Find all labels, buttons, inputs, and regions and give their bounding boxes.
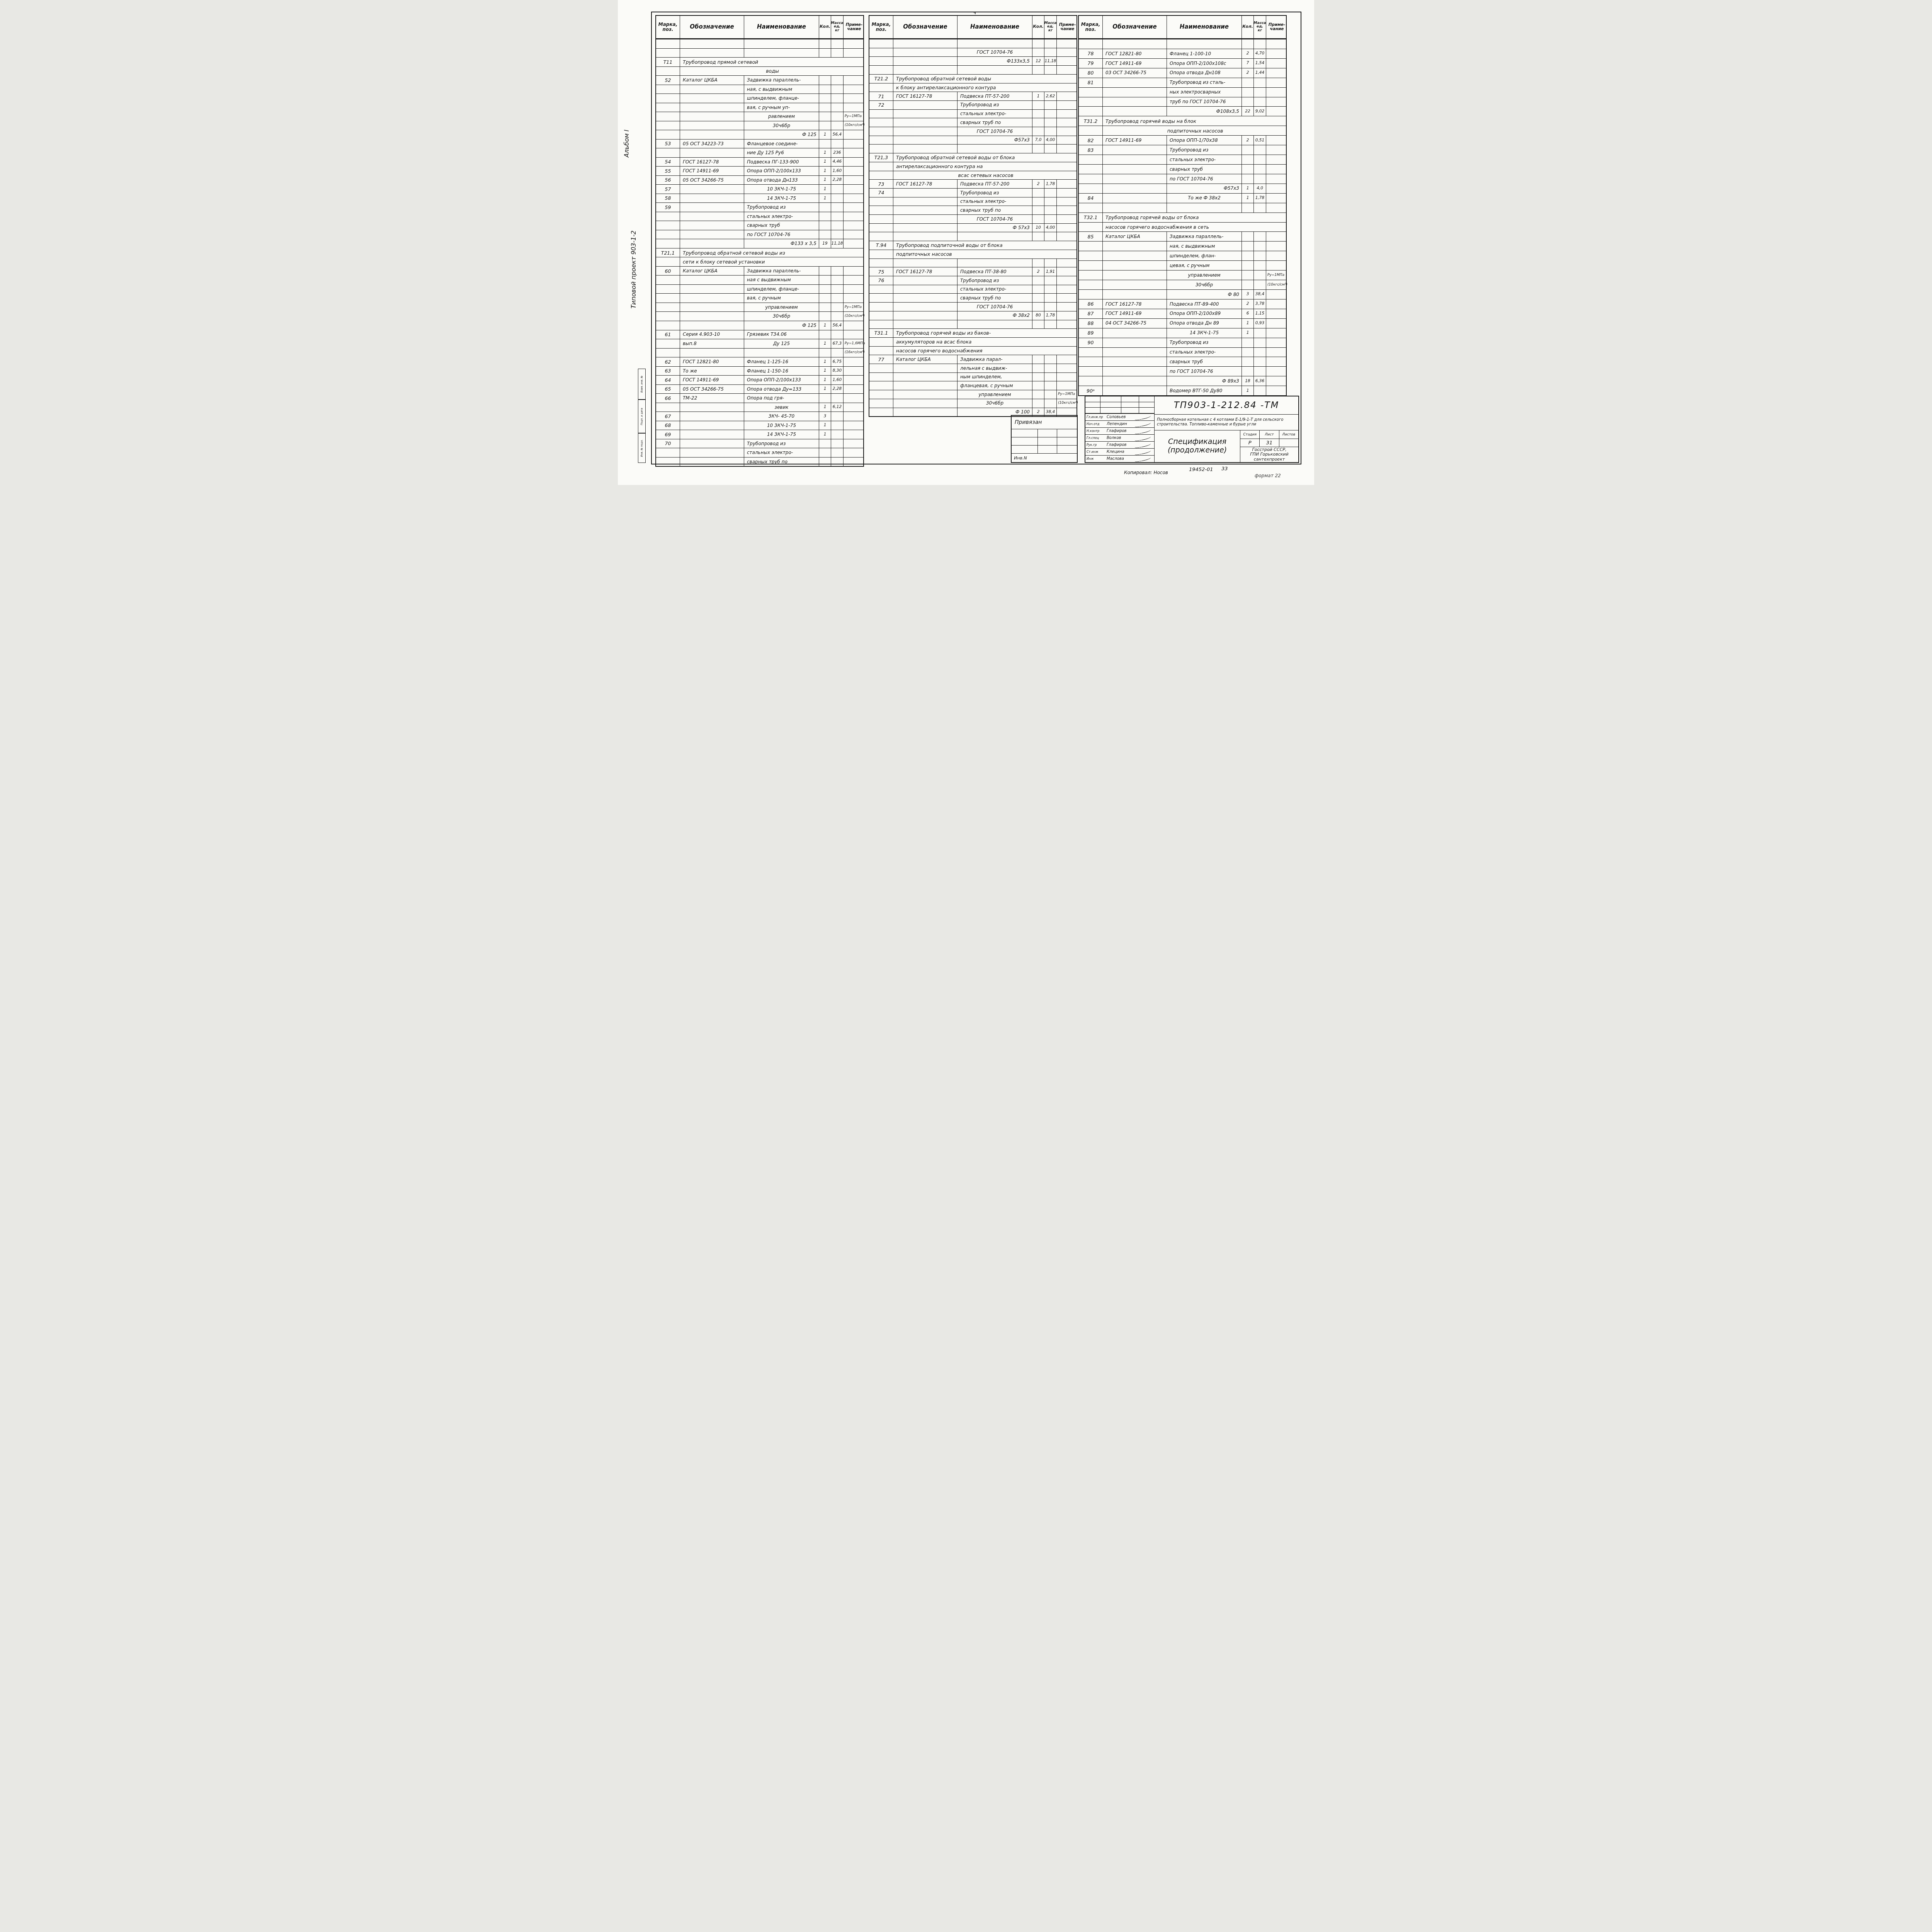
spec-cell <box>1242 88 1254 97</box>
table-row <box>869 145 1077 153</box>
spec-cell <box>1079 155 1103 164</box>
spec-cell <box>844 185 865 194</box>
spec-cell: 1,78 <box>1044 180 1057 188</box>
table-row: 30ч6бр(10кгс/см²) <box>656 312 863 321</box>
attachment-grid <box>1012 429 1077 454</box>
spec-cell: 2 <box>1242 68 1254 78</box>
spec-cell: 1 <box>819 167 831 175</box>
spec-cell <box>1044 66 1057 74</box>
spec-cell <box>1044 294 1057 302</box>
table-row: шпинделем, фланце- <box>656 94 863 103</box>
registration-mark: ч <box>973 10 976 15</box>
spec-cell <box>1032 145 1044 153</box>
spec-cell <box>680 121 744 130</box>
spec-cell <box>1266 241 1287 251</box>
spec-cell <box>1079 107 1103 116</box>
spec-cell: 85 <box>1079 232 1103 241</box>
spec-cell: 14 3КЧ-1-75 <box>744 194 819 203</box>
spec-cell <box>819 457 831 466</box>
table-row: 62ГОСТ 12821-80Фланец 1-125-1616,75 <box>656 357 863 367</box>
signature-name: Маслова <box>1107 457 1134 461</box>
spec-cell: Наименование <box>744 16 819 38</box>
table-row: сварных труб <box>1079 165 1286 174</box>
spec-cell <box>1044 215 1057 223</box>
spec-cell: Ф 89х3 <box>1167 376 1242 386</box>
spec-cell <box>893 259 957 267</box>
spec-cell <box>1079 367 1103 376</box>
spec-cell: шпинделем, фланце- <box>744 94 819 103</box>
spec-cell: 11,18 <box>831 239 844 248</box>
attachment-grid-cell <box>1057 437 1077 446</box>
spec-cell <box>869 224 893 232</box>
spec-cell <box>680 312 744 321</box>
spec-cell <box>1242 270 1254 280</box>
spec-cell <box>1079 39 1103 49</box>
spec-cell <box>893 311 957 320</box>
table-row: равлениемРу=1МПа <box>656 112 863 121</box>
spec-cell: 78 <box>1079 49 1103 58</box>
spec-cell: Трубопровод из <box>1167 338 1242 347</box>
spec-cell <box>893 145 957 153</box>
table-row: Ф 125156,4 <box>656 321 863 330</box>
table-row <box>656 49 863 58</box>
revision-grid-cell <box>1100 408 1121 413</box>
table-row <box>869 320 1077 329</box>
spec-cell: Трубопровод горячей воды от блока <box>1103 213 1287 222</box>
spec-cell: Опора ОПП-1/70х38 <box>1167 136 1242 145</box>
spec-cell <box>893 57 957 65</box>
spec-cell <box>680 321 744 330</box>
signature-role: Рук.гр <box>1085 443 1107 447</box>
table-row: сварных труб по <box>869 118 1077 127</box>
spec-cell <box>1103 155 1167 164</box>
spec-cell: Трубопровод подпиточной воды от блока <box>893 241 1078 250</box>
spec-cell: Опора ОПП-2/100х133 <box>744 376 819 384</box>
spec-cell <box>1057 101 1078 109</box>
spec-cell <box>1103 338 1167 347</box>
spec-cell: 82 <box>1079 136 1103 145</box>
table-row: ная, с выдвижным <box>656 85 863 94</box>
spec-cell: 70 <box>656 439 680 448</box>
table-row: 86ГОСТ 16127-78Подвеска ПТ-89-40023,78 <box>1079 299 1286 309</box>
spec-cell <box>831 212 844 221</box>
spec-cell <box>869 250 893 259</box>
spec-cell <box>819 294 831 303</box>
spec-cell: 14 3КЧ-1-75 <box>744 430 819 439</box>
spec-cell <box>680 94 744 103</box>
spec-cell <box>680 276 744 284</box>
spec-cell <box>893 206 957 214</box>
spec-cell <box>1032 276 1044 285</box>
signature-squiggle <box>1134 421 1151 427</box>
spec-cell: Приме- чание <box>1266 16 1287 38</box>
signature-role: Гл.спец <box>1085 436 1107 440</box>
spec-cell: 1 <box>819 385 831 394</box>
spec-cell <box>1057 39 1078 48</box>
signature-role: Инж <box>1085 457 1107 461</box>
spec-cell: 76 <box>869 276 893 285</box>
spec-cell: Фланцевое соедине- <box>744 139 819 148</box>
spec-cell: Трубопровод обратной сетевой воды от бло… <box>893 153 1078 162</box>
signature-name: Волков <box>1107 436 1134 440</box>
spec-cell <box>844 412 865 421</box>
table-row: насосов горячего водоснабжения <box>869 347 1077 355</box>
spec-cell <box>656 85 680 94</box>
spec-cell <box>656 312 680 321</box>
spec-cell <box>1254 328 1266 338</box>
spec-cell <box>1254 367 1266 376</box>
spec-cell <box>1242 348 1254 357</box>
copied-by: Копировал: Носов <box>1124 470 1168 475</box>
spec-cell: 236 <box>831 148 844 157</box>
spec-cell: 1,60 <box>831 167 844 175</box>
spec-cell <box>819 85 831 94</box>
spec-cell <box>656 239 680 248</box>
spec-cell <box>957 259 1032 267</box>
spec-cell <box>844 357 865 366</box>
spec-cell <box>831 430 844 439</box>
spec-cell <box>893 39 957 48</box>
stamp-label: Взам. инв. № <box>640 376 643 393</box>
spec-cell <box>831 349 844 357</box>
spec-cell <box>1044 399 1057 408</box>
spec-table-left: Марка, поз.ОбозначениеНаименованиеКол.Ма… <box>655 15 864 467</box>
spec-cell: 86 <box>1079 299 1103 309</box>
spec-cell <box>1044 145 1057 153</box>
spec-cell: 9,02 <box>1254 107 1266 116</box>
spec-cell: Марка, поз. <box>656 16 680 38</box>
spec-cell: Трубопровод из <box>957 101 1032 109</box>
spec-cell <box>1242 232 1254 241</box>
revision-grid-cell <box>1085 402 1100 408</box>
spec-cell <box>656 103 680 112</box>
spec-cell <box>1079 88 1103 97</box>
spec-cell: 30ч6бр <box>1167 280 1242 289</box>
spec-cell: Ду 125 <box>744 339 819 348</box>
spec-cell: сети к блоку сетевой установки <box>680 257 865 266</box>
spec-cell <box>656 276 680 284</box>
spec-cell <box>1266 145 1287 155</box>
table-row: сварных труб по <box>869 294 1077 303</box>
spec-cell <box>844 94 865 103</box>
table-row: 6810 3КЧ-1-751 <box>656 421 863 430</box>
spec-cell <box>1032 364 1044 372</box>
table-row <box>1079 203 1286 213</box>
spec-cell: Ф57х3 <box>957 136 1032 145</box>
spec-cell <box>819 76 831 85</box>
album-label: Альбом I <box>623 129 630 157</box>
stage-label: Стадия <box>1240 430 1260 439</box>
spec-cell: 3КЧ- 45-70 <box>744 412 819 421</box>
spec-cell: стальных электро- <box>957 285 1032 294</box>
table-row: ние Ду 125 Ру61236 <box>656 148 863 158</box>
spec-cell <box>1254 165 1266 174</box>
spec-cell <box>844 430 865 439</box>
spec-cell <box>1266 319 1287 328</box>
spec-cell <box>1044 206 1057 214</box>
spec-cell <box>831 121 844 130</box>
table-row <box>1079 39 1286 49</box>
signature-row: Гл.спецВолков <box>1085 435 1154 442</box>
spec-cell: Ф57х3 <box>1167 184 1242 193</box>
spec-cell: 10 3КЧ-1-75 <box>744 421 819 430</box>
spec-cell <box>1254 241 1266 251</box>
table-row: 8804 ОСТ 34266-75Опора отвода Дн 8910,93 <box>1079 319 1286 328</box>
spec-cell <box>656 321 680 330</box>
spec-cell <box>1057 303 1078 311</box>
spec-cell <box>1103 107 1167 116</box>
spec-cell <box>1266 251 1287 260</box>
spec-cell <box>1266 59 1287 68</box>
spec-cell: стальных электро- <box>1167 348 1242 357</box>
table-row: 87ГОСТ 14911-69Опора ОПП-2/100х8961,15 <box>1079 309 1286 319</box>
spec-cell <box>1057 127 1078 136</box>
spec-cell: сварных труб по <box>957 294 1032 302</box>
specification-sheet: ч Марка, поз.ОбозначениеНаименованиеКол.… <box>618 0 1314 485</box>
signature-rows: Гл.инж.прСоловьевНач.отдЛепендинН.контрГ… <box>1085 414 1154 462</box>
spec-cell <box>1032 101 1044 109</box>
spec-cell <box>1032 189 1044 197</box>
table-row: стальных электро- <box>869 285 1077 294</box>
table-row: 82ГОСТ 14911-69Опора ОПП-1/70х3820,51 <box>1079 136 1286 145</box>
spec-cell: 59 <box>656 203 680 212</box>
spec-cell: 56,4 <box>831 130 844 139</box>
spec-cell: 0,93 <box>1254 319 1266 328</box>
spec-cell <box>1254 357 1266 366</box>
stage-grid-values: Р 31 <box>1240 439 1298 447</box>
spec-cell <box>1242 39 1254 49</box>
attachment-grid-cell <box>1057 446 1077 454</box>
signature-name: Клецина <box>1107 450 1134 454</box>
spec-cell: вая, с ручным <box>744 294 819 303</box>
spec-cell <box>680 194 744 203</box>
spec-cell: 1 <box>819 130 831 139</box>
signature-role: Гл.инж.пр <box>1085 415 1107 419</box>
table-row: 76Трубопровод из <box>869 276 1077 285</box>
spec-cell: стальных электро- <box>744 448 819 457</box>
spec-cell: антирелаксационного контура на <box>893 162 1078 171</box>
spec-cell: Ф 125 <box>744 130 819 139</box>
spec-cell <box>680 112 744 121</box>
table-row: по ГОСТ 10704-76 <box>656 230 863 240</box>
spec-cell: Т31.2 <box>1079 116 1103 126</box>
spec-cell: То же Ф 38х2 <box>1167 194 1242 203</box>
spec-cell: 1 <box>1242 184 1254 193</box>
spec-cell <box>1254 348 1266 357</box>
spec-cell <box>656 285 680 294</box>
spec-cell <box>1057 364 1078 372</box>
spec-cell <box>869 83 893 92</box>
spec-cell: по ГОСТ 10704-76 <box>744 230 819 239</box>
spec-cell <box>893 399 957 408</box>
spec-cell: Ф108х3,5 <box>1167 107 1242 116</box>
spec-cell: (10кгс/см²) <box>844 121 865 130</box>
spec-cell <box>1266 348 1287 357</box>
spec-cell <box>1254 145 1266 155</box>
spec-cell <box>819 448 831 457</box>
spec-cell <box>869 48 893 57</box>
spec-cell: всас сетевых насосов <box>893 171 1078 180</box>
spec-cell <box>656 303 680 312</box>
spec-cell: управлением <box>744 303 819 312</box>
spec-cell: стальных электро- <box>744 212 819 221</box>
spec-cell: ным шпинделем, <box>957 373 1032 381</box>
spec-cell <box>1103 386 1167 395</box>
project-description-line: строительства. Топливо-каменные и бурые … <box>1157 422 1296 427</box>
table-row: стальных электро- <box>1079 348 1286 357</box>
spec-cell: (10кгс/см²) <box>844 312 865 321</box>
spec-cell <box>1079 376 1103 386</box>
spec-cell <box>869 206 893 214</box>
spec-cell: 1 <box>819 321 831 330</box>
spec-cell: 2 <box>1032 267 1044 276</box>
spec-cell <box>680 39 744 48</box>
spec-cell <box>1044 118 1057 127</box>
spec-cell: 90ᵃ <box>1079 386 1103 395</box>
table-row: подпиточных насосов <box>869 250 1077 259</box>
spec-cell: Опора ОПП-2/100х133 <box>744 167 819 175</box>
spec-cell <box>893 285 957 294</box>
spec-cell: стальных электро- <box>957 197 1032 206</box>
spec-cell: 54 <box>656 158 680 167</box>
spec-cell <box>831 439 844 448</box>
table-row: Т31.1Трубопровод горячей воды из баков- <box>869 329 1077 338</box>
spec-cell <box>1254 261 1266 270</box>
signature-row: Рук.грГлафиров <box>1085 442 1154 449</box>
table-row: 55ГОСТ 14911-69Опора ОПП-2/100х13311,60 <box>656 167 863 176</box>
spec-cell: 63 <box>656 367 680 376</box>
spec-cell <box>1242 145 1254 155</box>
spec-cell <box>1266 232 1287 241</box>
spec-cell: 6,36 <box>1254 376 1266 386</box>
title-block-signatures: Гл.инж.прСоловьевНач.отдЛепендинН.контрГ… <box>1085 396 1155 462</box>
spec-cell: насосов горячего водоснабжения <box>893 347 1078 355</box>
project-label: Типовой проект 903-1-2 <box>630 231 637 309</box>
spec-cell <box>831 49 844 58</box>
spec-cell: сварных труб <box>744 221 819 230</box>
spec-cell <box>869 373 893 381</box>
spec-cell <box>893 320 957 329</box>
spec-cell: 1 <box>819 403 831 412</box>
spec-cell <box>831 303 844 312</box>
spec-cell <box>1044 48 1057 57</box>
spec-cell: 90 <box>1079 338 1103 347</box>
spec-cell: Подвеска ПТ-57-200 <box>957 92 1032 100</box>
spec-cell <box>957 232 1032 241</box>
spec-cell <box>656 339 680 348</box>
spec-cell: 80 <box>1032 311 1044 320</box>
spec-cell <box>1032 110 1044 118</box>
table-row <box>869 232 1077 241</box>
table-row: шпинделем, фланце- <box>656 285 863 294</box>
spec-cell: 2,28 <box>831 176 844 185</box>
table-row: ным шпинделем, <box>869 373 1077 382</box>
revision-grid-cell <box>1085 408 1100 413</box>
inventory-number-label: Инв.N <box>1012 454 1077 462</box>
spec-cell <box>1044 303 1057 311</box>
table-row: 5605 ОСТ 34266-75Опора отвода Дн13312,28 <box>656 176 863 185</box>
spec-cell <box>1266 338 1287 347</box>
spec-cell <box>844 176 865 185</box>
spec-cell <box>1266 290 1287 299</box>
spec-cell <box>893 127 957 136</box>
spec-cell <box>1103 376 1167 386</box>
spec-cell <box>819 330 831 339</box>
attachment-grid-cell <box>1012 446 1038 454</box>
format-note: формат 22 <box>1255 473 1281 478</box>
spec-cell <box>819 121 831 130</box>
spec-cell: Кол. <box>819 16 831 38</box>
spec-cell: 64 <box>656 376 680 384</box>
spec-cell: ГОСТ 14911-69 <box>1103 136 1167 145</box>
project-description: Полносборная котельная с 4 котлами Е-1/9… <box>1155 415 1298 430</box>
spec-cell <box>1103 270 1167 280</box>
spec-cell <box>831 76 844 85</box>
spec-cell: Подвеска ПТ-38-80 <box>957 267 1032 276</box>
table-row: ная с выдвижным <box>656 276 863 285</box>
spec-cell: 12 <box>1032 57 1044 65</box>
table-row: Ф 80338,4 <box>1079 290 1286 299</box>
table-row: Т11Трубопровод прямой сетевой <box>656 58 863 67</box>
spec-cell: 11,18 <box>1044 57 1057 65</box>
spec-cell <box>831 103 844 112</box>
spec-cell <box>831 39 844 48</box>
spec-cell <box>869 390 893 399</box>
spec-cell <box>831 139 844 148</box>
spec-cell: 1 <box>819 176 831 185</box>
spec-cell <box>656 94 680 103</box>
spec-cell <box>1079 251 1103 260</box>
spec-cell <box>819 103 831 112</box>
spec-cell: Т11 <box>656 58 680 66</box>
table-row: цевая, с ручным <box>1079 261 1286 270</box>
table-row: Т.94Трубопровод подпиточной воды от блок… <box>869 241 1077 250</box>
attachment-grid-cell <box>1012 429 1038 437</box>
spec-cell <box>1032 39 1044 48</box>
spec-cell <box>844 276 865 284</box>
table-row: 8003 ОСТ 34266-75Опора отвода Дн10821,44 <box>1079 68 1286 78</box>
table-row: вая, с ручным уп- <box>656 103 863 112</box>
spec-cell: 61 <box>656 330 680 339</box>
spec-cell <box>893 101 957 109</box>
spec-cell <box>819 312 831 321</box>
revision-grid-cell <box>1139 408 1154 413</box>
spec-cell: 73 <box>869 180 893 188</box>
spec-cell <box>1103 145 1167 155</box>
attachment-grid-cell <box>1057 429 1077 437</box>
revision-grid-cell <box>1085 396 1100 402</box>
spec-cell: сварных труб по <box>957 118 1032 127</box>
spec-cell <box>831 294 844 303</box>
spec-cell <box>1266 367 1287 376</box>
spec-cell: воды <box>680 67 865 76</box>
table-row: 90Трубопровод из <box>1079 338 1286 348</box>
spec-cell: ГОСТ 16127-78 <box>893 267 957 276</box>
spec-cell <box>844 239 865 248</box>
table-row: по ГОСТ 10704-76 <box>1079 174 1286 184</box>
spec-cell: шпинделем, флан- <box>1167 251 1242 260</box>
table-row: Ф 89х3186,36 <box>1079 376 1286 386</box>
spec-cell <box>1044 381 1057 390</box>
spec-cell <box>1079 241 1103 251</box>
spec-cell <box>869 57 893 65</box>
spec-cell: 05 ОСТ 34266-75 <box>680 176 744 185</box>
spec-cell <box>1032 197 1044 206</box>
spec-cell: 72 <box>869 101 893 109</box>
spec-cell <box>844 194 865 203</box>
spec-cell: 03 ОСТ 34266-75 <box>1103 68 1167 78</box>
spec-cell <box>869 171 893 180</box>
